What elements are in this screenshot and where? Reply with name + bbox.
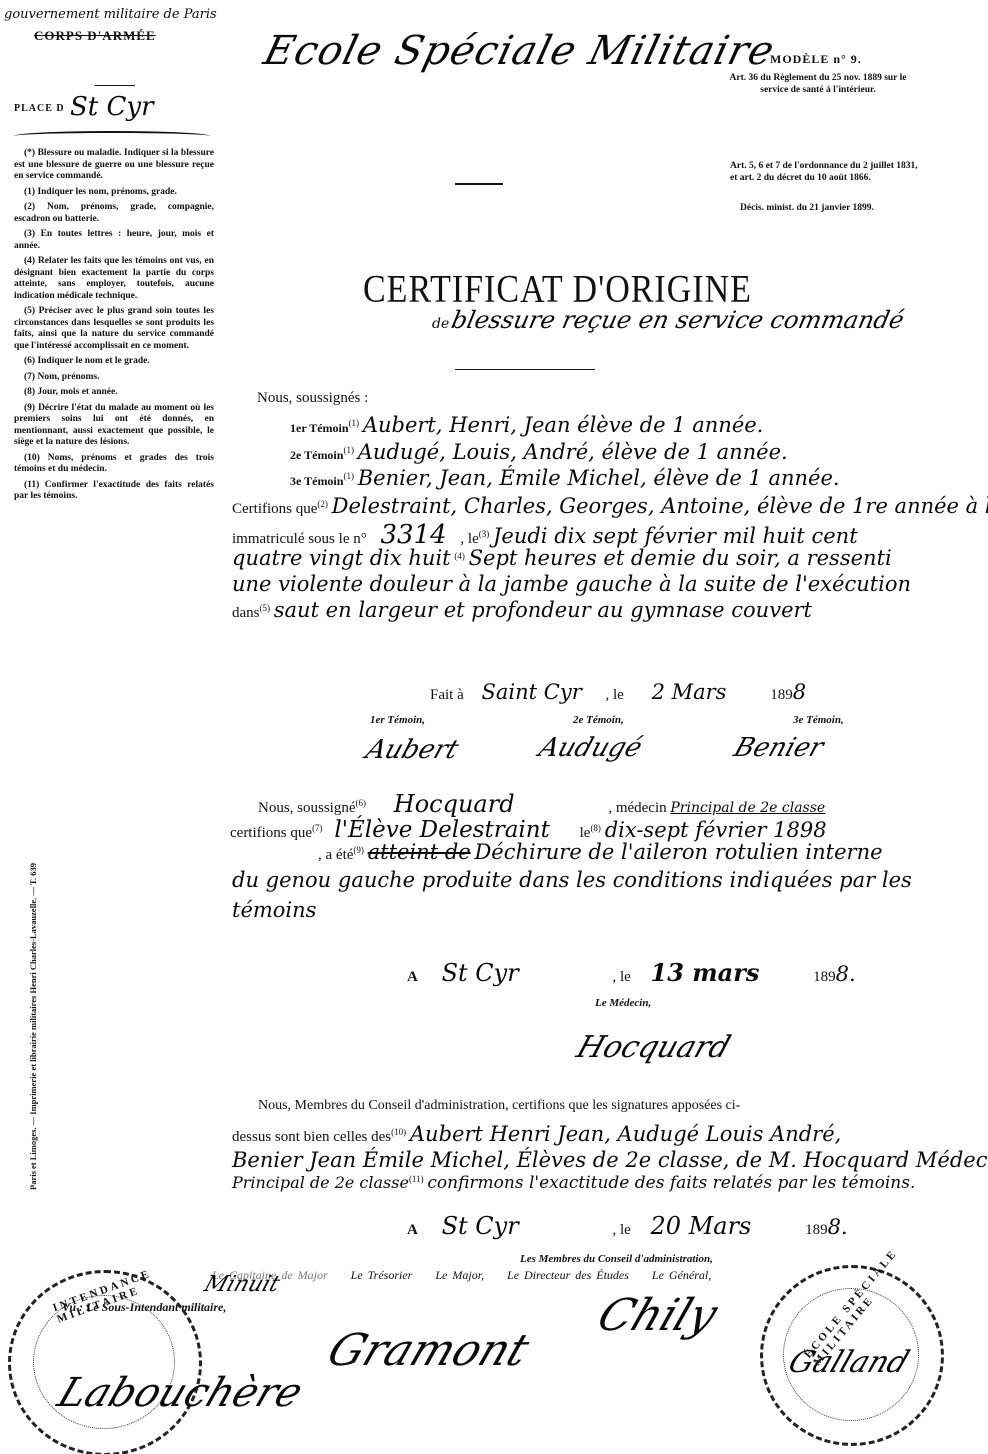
council-value: Benier Jean Émile Michel, Élèves de 2e c… xyxy=(232,1148,988,1172)
note-ref: (11) xyxy=(409,1174,424,1184)
place-value: Saint Cyr xyxy=(482,680,582,704)
doctor-name: Hocquard xyxy=(394,790,515,818)
declaration-line: une violente douleur à la jambe gauche à… xyxy=(232,572,911,596)
note-ref: (8) xyxy=(590,823,601,833)
council-row: Principal de 2e classe(11) confirmons l'… xyxy=(232,1173,915,1193)
note-ref: (5) xyxy=(260,603,271,613)
field-label: , a été xyxy=(318,847,353,863)
witnesses-intro: Nous, soussignés : xyxy=(257,390,368,407)
incident-description: une violente douleur à la jambe gauche à… xyxy=(232,572,911,596)
council-value: confirmons l'exactitude des faits relaté… xyxy=(427,1173,915,1193)
witness-value: Benier, Jean, Émile Michel, élève de 1 a… xyxy=(358,466,840,490)
diagnosis: témoins xyxy=(232,898,316,922)
year-printed: 189 xyxy=(805,1222,828,1238)
place-value: St Cyr xyxy=(70,92,154,122)
printer-imprint: Paris et Limoges. — Imprimerie et librai… xyxy=(28,863,38,1190)
witness-title: 2e Témoin, xyxy=(573,714,624,726)
diagnosis-row: du genou gauche produite dans les condit… xyxy=(232,868,912,892)
incident-date: Jeudi dix sept février mil huit cent xyxy=(493,524,858,548)
ministerial-decision: Décis. minist. du 21 janvier 1899. xyxy=(740,203,874,213)
corps-printed-struck: CORPS D'ARMÉE xyxy=(34,28,156,44)
role-label: Le Directeur des Études xyxy=(507,1268,629,1282)
council-roles: Le Capitaine de Major Le Trésorier Le Ma… xyxy=(212,1268,729,1283)
doctor-place-date-row: A St Cyr , le 13 mars 1898. xyxy=(407,958,856,987)
divider xyxy=(455,183,503,185)
field-label: Certifions que xyxy=(232,501,317,517)
field-label: , le xyxy=(605,687,623,703)
regulation-article-1: Art. 36 du Règlement du 25 nov. 1889 sur… xyxy=(718,72,918,96)
incident-date-cont: quatre vingt dix huit xyxy=(232,546,451,570)
footnote: (2) Nom, prénoms, grade, compagnie, esca… xyxy=(14,202,214,225)
footnote: (3) En toutes lettres : heure, jour, moi… xyxy=(14,229,214,252)
declaration-line: quatre vingt dix huit (4) Sept heures et… xyxy=(232,546,892,570)
field-label: A xyxy=(407,1222,418,1238)
footnote: (10) Noms, prénoms et grades des trois t… xyxy=(14,453,214,476)
council-members-title: Les Membres du Conseil d'administration, xyxy=(520,1253,713,1265)
incident-circumstances: saut en largeur et profondeur au gymnase… xyxy=(274,598,812,622)
note-ref: (4) xyxy=(454,551,465,561)
footnote: (9) Décrire l'état du malade au moment o… xyxy=(14,403,214,449)
footnote: (6) Indiquer le nom et le grade. xyxy=(14,356,214,368)
witness-label: 2e Témoin xyxy=(290,448,343,462)
note-ref: (3) xyxy=(479,529,490,539)
subject-name: Delestraint, Charles, Georges, Antoine, … xyxy=(332,494,988,518)
field-label: certifions que xyxy=(230,825,312,841)
footnote: (4) Relater les faits que les témoins on… xyxy=(14,256,214,302)
footnotes-column: (*) Blessure ou maladie. Indiquer si la … xyxy=(14,148,214,507)
council-value: Principal de 2e classe xyxy=(232,1173,409,1192)
note-ref: (7) xyxy=(312,823,323,833)
field-label: , le xyxy=(612,969,630,985)
footnote: (5) Préciser avec le plus grand soin tou… xyxy=(14,306,214,352)
note-ref: (6) xyxy=(356,798,367,808)
official-stamp-left: INTENDANCE MILITAIRE xyxy=(8,1270,202,1454)
note-ref: (1) xyxy=(343,471,354,481)
year-printed: 189 xyxy=(770,687,793,703)
place-label: PLACE D xyxy=(14,103,65,114)
council-row: Benier Jean Émile Michel, Élèves de 2e c… xyxy=(232,1148,988,1172)
exam-date: dix-sept février 1898 xyxy=(605,818,827,842)
year-printed: 189 xyxy=(813,969,836,985)
year-hand: 8. xyxy=(828,1215,848,1239)
date-value: 20 Mars xyxy=(651,1212,752,1240)
doctor-grade: Principal de 2e classe xyxy=(670,800,825,816)
field-label: dans xyxy=(232,605,260,621)
diagnosis-row: , a été(9) atteint de Déchirure de l'ail… xyxy=(318,840,883,864)
witness-signature: Audugé xyxy=(535,733,646,763)
regulation-article-2: Art. 5, 6 et 7 de l'ordonnance du 2 juil… xyxy=(730,160,920,184)
note-ref: (10) xyxy=(391,1127,406,1137)
footnote: (7) Nom, prénoms. xyxy=(14,372,214,384)
declaration-subject-row: Certifions que(2) Delestraint, Charles, … xyxy=(232,494,988,518)
council-signature: Galland xyxy=(784,1345,914,1380)
declaration-line: dans(5) saut en largeur et profondeur au… xyxy=(232,598,812,622)
place-value: St Cyr xyxy=(442,1212,519,1240)
role-label: Le Trésorier xyxy=(351,1268,413,1282)
footnote: (*) Blessure ou maladie. Indiquer si la … xyxy=(14,148,214,183)
field-label: Nous, soussigné xyxy=(258,800,356,816)
council-signature: Chily xyxy=(591,1290,725,1341)
witness-row: 3e Témoin(1) Benier, Jean, Émile Michel,… xyxy=(290,466,840,490)
field-label: dessus sont bien celles des xyxy=(232,1129,391,1145)
field-label: immatriculé sous le n° xyxy=(232,531,367,547)
council-value: Aubert Henri Jean, Audugé Louis André, xyxy=(410,1122,841,1146)
diagnosis: Déchirure de l'aileron rotulien interne xyxy=(474,840,882,864)
role-label: Le Général, xyxy=(652,1268,711,1282)
note-ref: (1) xyxy=(349,418,360,428)
incident-time: Sept heures et demie du soir, a ressenti xyxy=(469,546,892,570)
field-label: le xyxy=(580,825,591,841)
divider xyxy=(455,369,595,370)
field-label: , le xyxy=(612,1222,630,1238)
field-label: Fait à xyxy=(430,687,464,703)
witness-signature: Benier xyxy=(730,733,827,763)
date-value: 13 mars xyxy=(651,958,760,987)
struck-text: atteint de xyxy=(368,840,471,864)
doctor-signature-title: Le Médecin, xyxy=(595,997,651,1009)
witness-row: 1er Témoin(1) Aubert, Henri, Jean élève … xyxy=(290,413,763,437)
council-signature: Gramont xyxy=(321,1325,536,1376)
school-name: Ecole Spéciale Militaire xyxy=(259,28,779,74)
footnote: (1) Indiquer les nom, prénoms, grade. xyxy=(14,187,214,199)
year-hand: 8 xyxy=(793,680,806,704)
ornamental-rule xyxy=(14,131,210,141)
subtitle-prefix: de xyxy=(432,316,449,332)
witness-title: 1er Témoin, xyxy=(370,714,425,726)
note-ref: (1) xyxy=(343,445,354,455)
witness-value: Aubert, Henri, Jean élève de 1 année. xyxy=(363,413,764,437)
council-signature: Labouchère xyxy=(52,1370,309,1416)
role-label: Le Major, xyxy=(435,1268,484,1282)
witness-row: 2e Témoin(1) Audugé, Louis, André, élève… xyxy=(290,440,788,464)
council-statement: Nous, Membres du Conseil d'administratio… xyxy=(258,1098,740,1114)
corps-handwritten: gouvernement militaire de Paris xyxy=(4,7,217,22)
note-ref: (9) xyxy=(353,845,364,855)
place-value: St Cyr xyxy=(442,959,519,987)
field-label: A xyxy=(407,969,418,985)
field-label: , médecin xyxy=(608,800,666,816)
witness-label: 3e Témoin xyxy=(290,474,343,488)
diagnosis-row: témoins xyxy=(232,898,316,922)
document-subtitle: blessure reçue en service commandé xyxy=(449,306,907,334)
council-place-date-row: A St Cyr , le 20 Mars 1898. xyxy=(407,1212,848,1240)
date-value: 2 Mars xyxy=(652,680,727,704)
footnote: (8) Jour, mois et année. xyxy=(14,387,214,399)
witness-value: Audugé, Louis, André, élève de 1 année. xyxy=(358,440,788,464)
doctor-row: Nous, soussigné(6) Hocquard , médecin Pr… xyxy=(258,790,825,818)
council-row: dessus sont bien celles des(10) Aubert H… xyxy=(232,1122,841,1146)
note-ref: (2) xyxy=(317,499,328,509)
diagnosis: du genou gauche produite dans les condit… xyxy=(232,868,912,892)
modele-number: MODÈLE n° 9. xyxy=(770,52,862,67)
place-date-row: Fait à Saint Cyr , le 2 Mars 1898 xyxy=(430,680,806,704)
witness-title: 3e Témoin, xyxy=(793,714,844,726)
footnote: (11) Confirmer l'exactitude des faits re… xyxy=(14,480,214,503)
witness-label: 1er Témoin xyxy=(290,421,349,435)
year-hand: 8. xyxy=(836,962,856,986)
field-label: , le xyxy=(460,531,478,547)
council-signature: Minuit xyxy=(201,1272,283,1297)
doctor-signature: Hocquard xyxy=(572,1030,734,1065)
witness-signature: Aubert xyxy=(362,735,462,765)
divider xyxy=(95,85,135,86)
